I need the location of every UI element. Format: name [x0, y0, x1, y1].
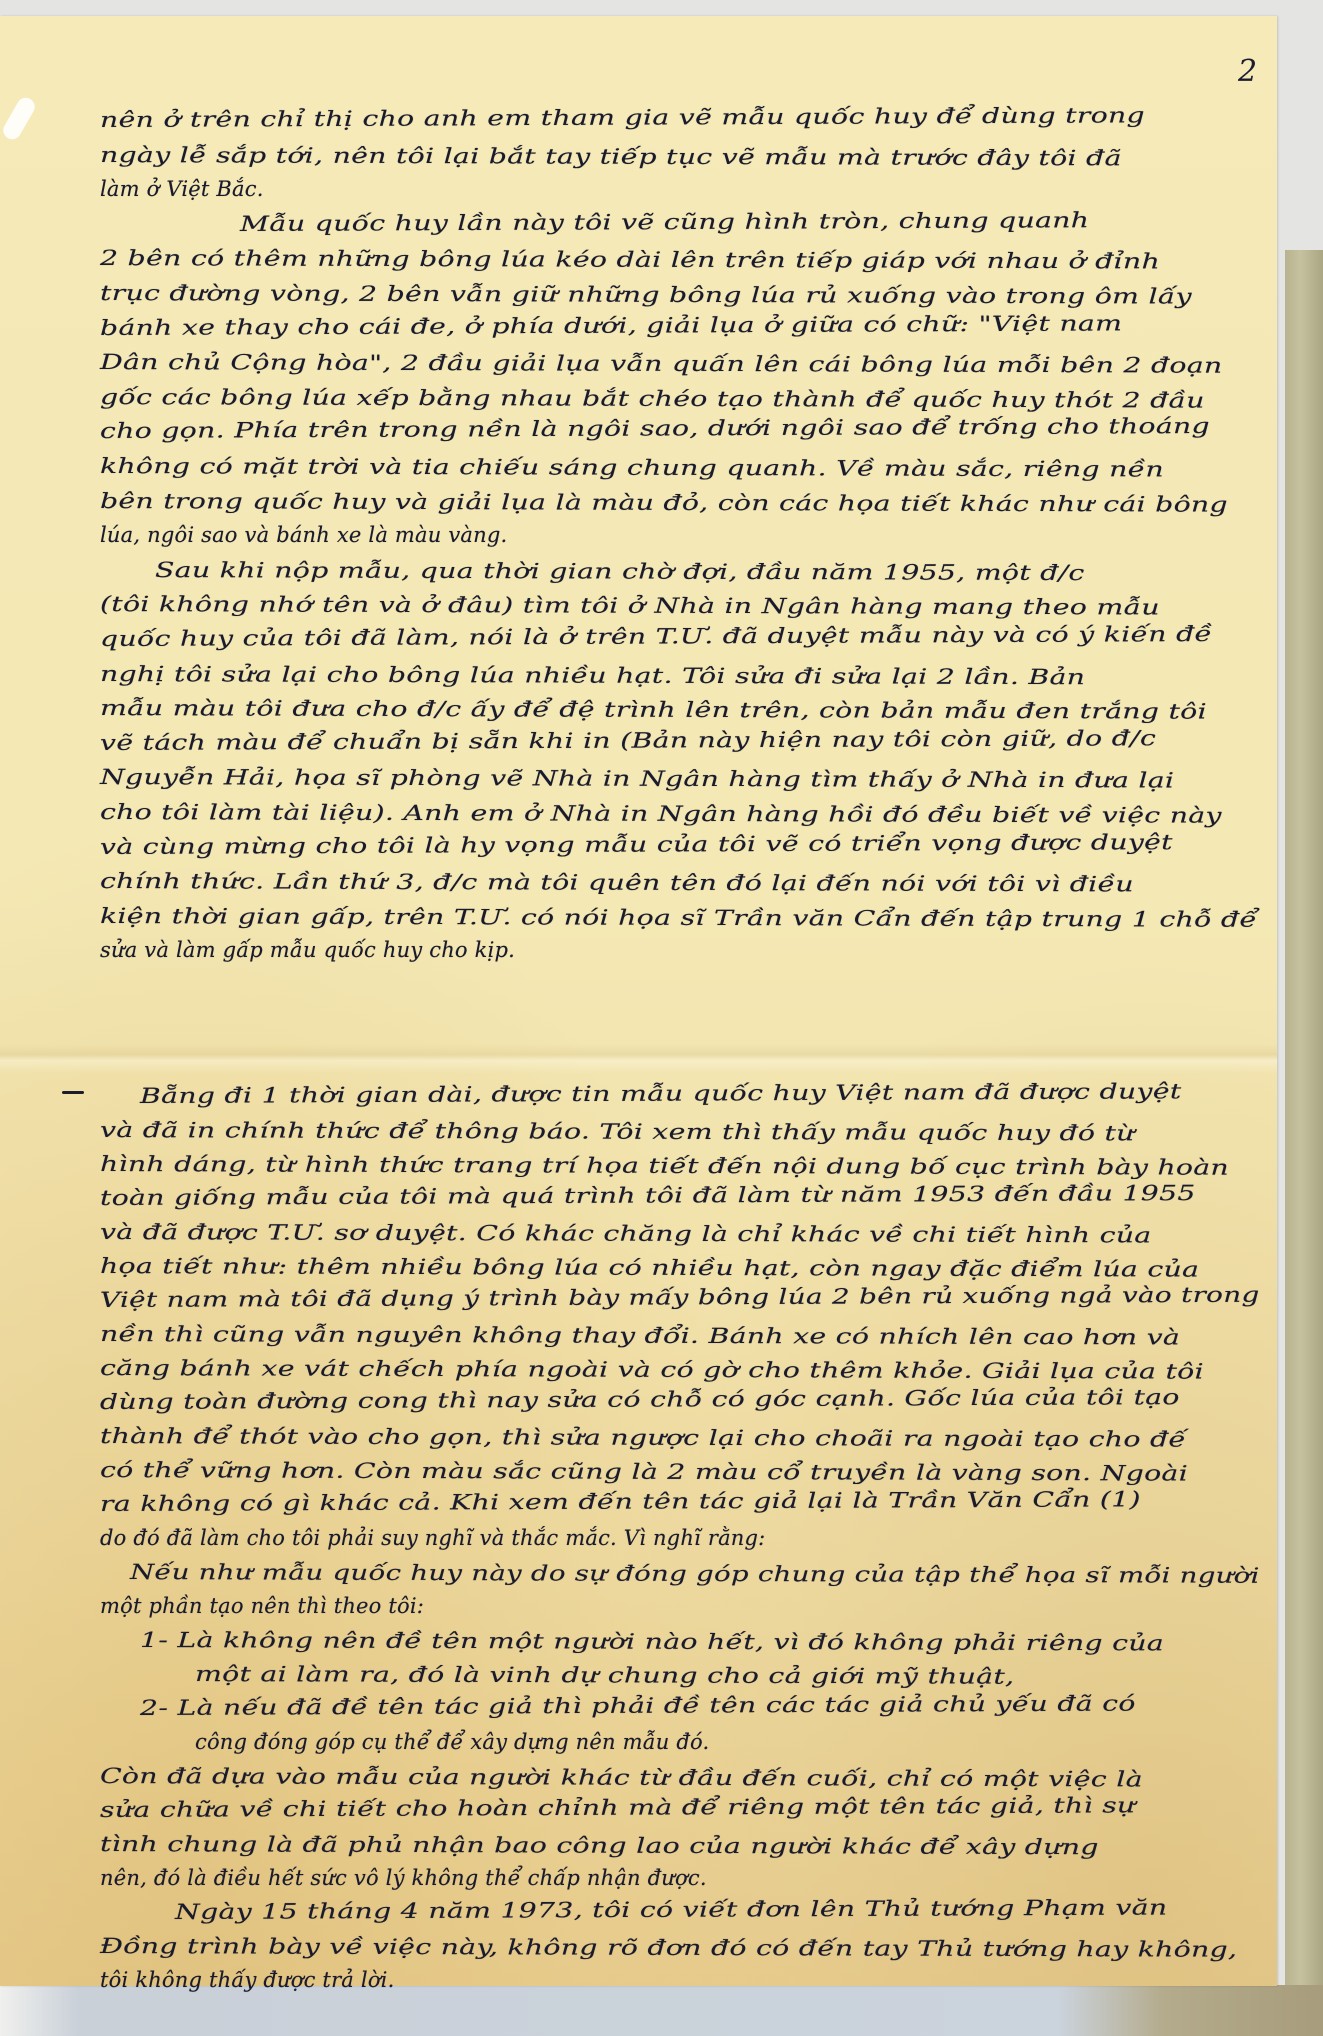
handwritten-line: Dân chủ Cộng hòa", 2 đầu giải lụa vẫn qu…	[100, 350, 1223, 378]
handwritten-line: làm ở Việt Bắc.	[100, 177, 264, 201]
handwritten-line: tình chung là đã phủ nhận bao công lao c…	[100, 1832, 1099, 1859]
handwritten-line: quốc huy của tôi đã làm, nói là ở trên T…	[100, 622, 1212, 651]
handwritten-line: một ai làm ra, đó là vinh dự chung cho c…	[195, 1662, 1014, 1689]
handwritten-line: có thể vững hơn. Còn màu sắc cũng là 2 m…	[100, 1458, 1188, 1486]
handwritten-line: bên trong quốc huy và giải lụa là màu đỏ…	[100, 489, 1228, 517]
handwritten-line: công đóng góp cụ thể để xây dựng nên mẫu…	[195, 1730, 709, 1754]
handwritten-line: và đã được T.Ư. sơ duyệt. Có khác chăng …	[100, 1220, 1152, 1247]
backdrop-bottom-strip	[0, 1985, 1323, 2036]
handwritten-line: Việt nam mà tôi đã dụng ý trình bày mấy …	[100, 1283, 1260, 1312]
handwritten-line: chính thức. Lần thứ 3, đ/c mà tôi quên t…	[100, 869, 1134, 896]
handwritten-line: Ngày 15 tháng 4 năm 1973, tôi có viết đơ…	[175, 1896, 1168, 1924]
handwritten-line: 2- Là nếu đã đề tên tác giả thì phải đề …	[140, 1691, 1136, 1720]
handwritten-line: Đồng trình bày về việc này, không rõ đơn…	[100, 1934, 1237, 1962]
page-number: 2	[1238, 54, 1257, 89]
handwritten-line: hình dáng, từ hình thức trang trí họa ti…	[100, 1152, 1229, 1180]
handwritten-line: và cùng mừng cho tôi là hy vọng mẫu của …	[100, 830, 1173, 859]
handwritten-line: nên ở trên chỉ thị cho anh em tham gia v…	[100, 103, 1145, 132]
handwritten-line: Sau khi nộp mẫu, qua thời gian chờ đợi, …	[155, 558, 1085, 585]
handwritten-line: cho gọn. Phía trên trong nền là ngôi sao…	[100, 414, 1210, 443]
handwritten-line: mẫu màu tôi đưa cho đ/c ấy để đệ trình l…	[100, 696, 1207, 724]
handwritten-line: cho tôi làm tài liệu). Anh em ở Nhà in N…	[100, 800, 1222, 828]
handwritten-line: vẽ tách màu để chuẩn bị sẵn khi in (Bản …	[100, 726, 1156, 755]
handwritten-line: ngày lễ sắp tới, nên tôi lại bắt tay tiế…	[100, 143, 1122, 170]
margin-dash-mark	[62, 1091, 84, 1094]
handwritten-line: căng bánh xe vát chếch phía ngoài và có …	[100, 1356, 1204, 1384]
handwritten-line: sửa chữa về chi tiết cho hoàn chỉnh mà đ…	[100, 1793, 1136, 1822]
handwritten-line: 1- Là không nên đề tên một người nào hết…	[140, 1628, 1164, 1655]
handwritten-line: nghị tôi sửa lại cho bông lúa nhiều hạt.…	[100, 662, 1085, 689]
handwritten-line: họa tiết như: thêm nhiều bông lúa có nhi…	[100, 1254, 1199, 1282]
handwritten-line: toàn giống mẫu của tôi mà quá trình tôi …	[100, 1181, 1196, 1210]
handwritten-line: và đã in chính thức để thông báo. Tôi xe…	[100, 1118, 1135, 1145]
handwritten-line: Bẵng đi 1 thời gian dài, được tin mẫu qu…	[140, 1079, 1182, 1108]
handwritten-line: nên, đó là điều hết sức vô lý không thể …	[100, 1866, 707, 1890]
handwritten-line: Còn đã dựa vào mẫu của người khác từ đầu…	[100, 1764, 1143, 1791]
handwritten-line: bánh xe thay cho cái đe, ở phía dưới, gi…	[100, 311, 1122, 340]
handwritten-line: sửa và làm gấp mẫu quốc huy cho kịp.	[100, 938, 515, 962]
paper-fold-line	[0, 1044, 1277, 1074]
handwritten-line: thành để thót vào cho gọn, thì sửa ngược…	[100, 1424, 1186, 1452]
handwritten-line: lúa, ngôi sao và bánh xe là màu vàng.	[100, 523, 507, 547]
handwritten-line: nền thì cũng vẫn nguyên không thay đổi. …	[100, 1322, 1180, 1349]
punch-hole	[0, 95, 38, 143]
handwritten-line: Nguyễn Hải, họa sĩ phòng vẽ Nhà in Ngân …	[100, 765, 1174, 792]
handwritten-line: không có mặt trời và tia chiếu sáng chun…	[100, 454, 1164, 481]
handwritten-line: kiện thời gian gấp, trên T.Ư. có nói họa…	[100, 904, 1257, 932]
handwritten-line: 2 bên có thêm những bông lúa kéo dài lên…	[100, 246, 1160, 273]
handwritten-line: tôi không thấy được trả lời.	[100, 1968, 394, 1992]
handwritten-line: (tôi không nhớ tên và ở đâu) tìm tôi ở N…	[100, 592, 1160, 619]
handwritten-line: ra không có gì khác cả. Khi xem đến tên …	[100, 1487, 1141, 1516]
backdrop-right-strip	[1285, 250, 1323, 2036]
handwritten-line: một phần tạo nên thì theo tôi:	[100, 1594, 424, 1618]
handwritten-line: gốc các bông lúa xếp bằng nhau bắt chéo …	[100, 385, 1205, 413]
handwritten-line: trục đường vòng, 2 bên vẫn giữ những bôn…	[100, 281, 1192, 309]
handwritten-line: Nếu như mẫu quốc huy này do sự đóng góp …	[130, 1560, 1260, 1588]
handwritten-page: 2 nên ở trên chỉ thị cho anh em tham gia…	[0, 16, 1277, 1986]
handwritten-line: Mẫu quốc huy lần này tôi vẽ cũng hình tr…	[240, 208, 1089, 236]
handwritten-line: dùng toàn đường cong thì nay sửa có chỗ …	[100, 1385, 1180, 1414]
handwritten-line: do đó đã làm cho tôi phải suy nghĩ và th…	[100, 1526, 765, 1550]
